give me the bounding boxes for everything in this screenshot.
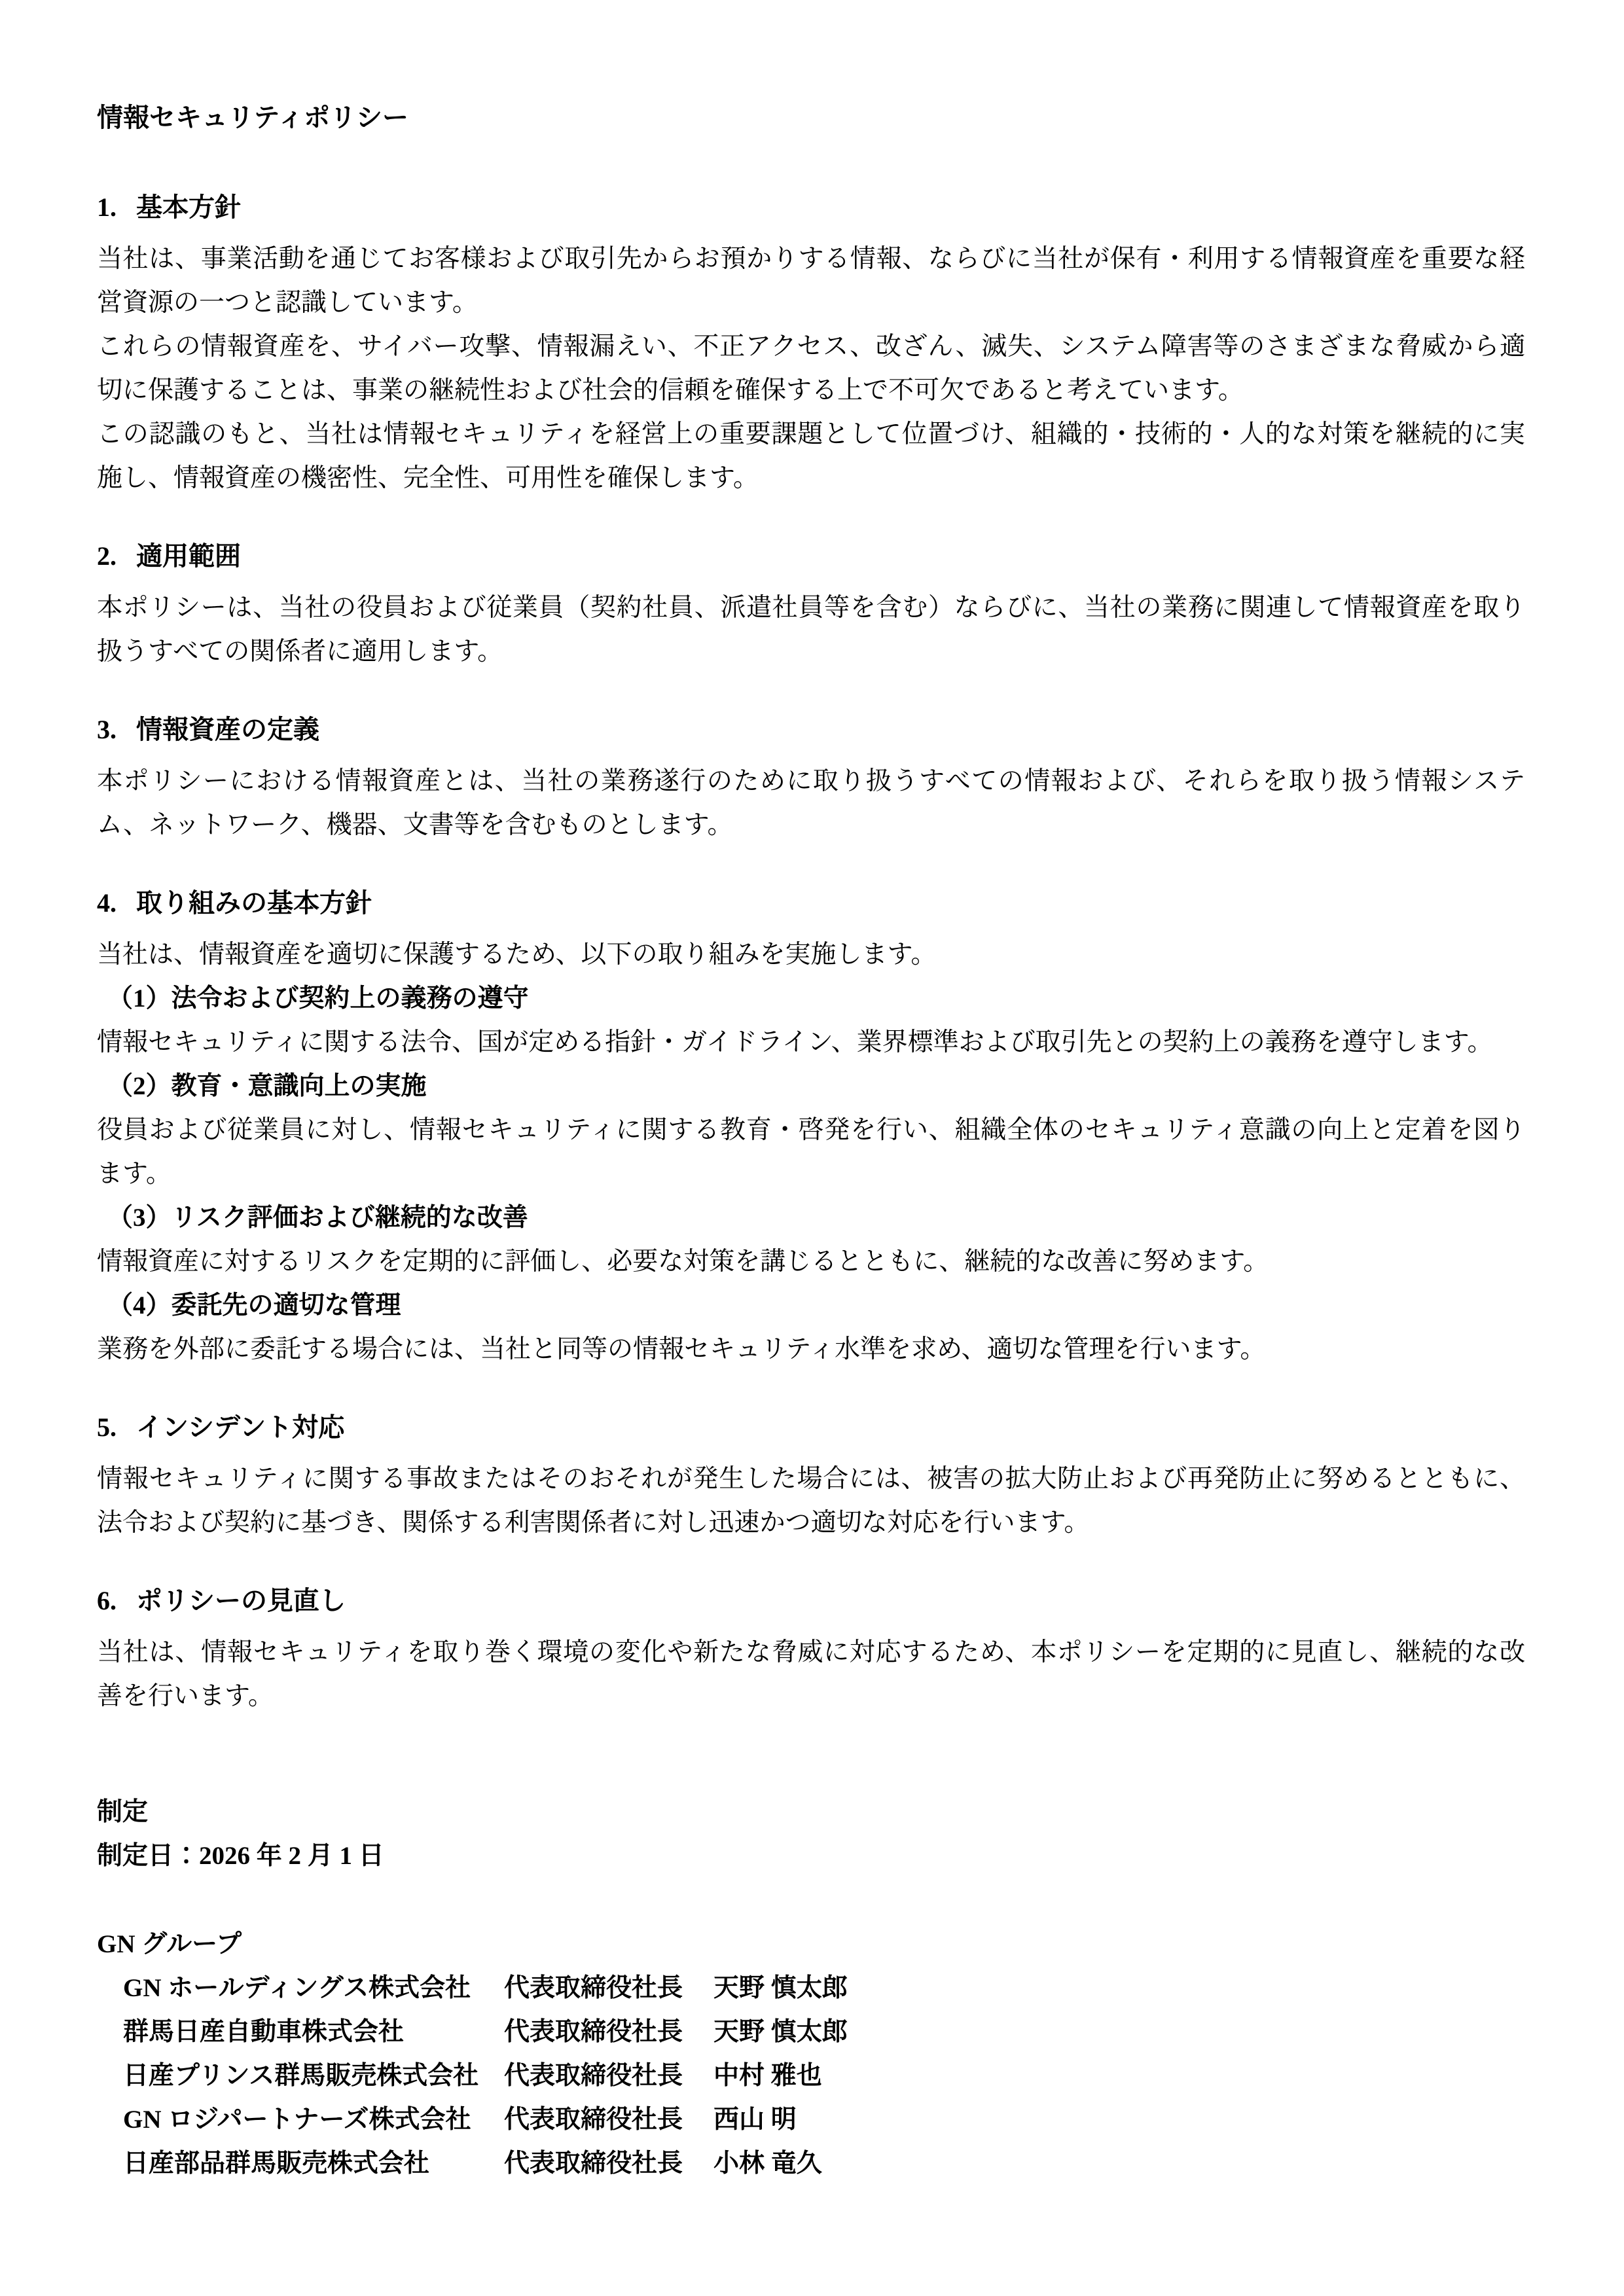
- paragraph: 当社は、情報資産を適切に保護するため、以下の取り組みを実施します。: [97, 933, 1525, 977]
- section-4-body: 当社は、情報資産を適切に保護するため、以下の取り組みを実施します。 （1）法令お…: [97, 933, 1525, 1371]
- representative-title: 代表取締役社長: [504, 2142, 713, 2185]
- subsection-heading-text: 法令および契約上の義務の遵守: [171, 984, 529, 1013]
- text-line: ます。: [97, 1152, 1525, 1196]
- representative-title: 代表取締役社長: [504, 1966, 713, 2010]
- subsection-number: （4）: [107, 1291, 171, 1319]
- text-line: 扱うすべての関係者に適用します。: [97, 630, 1525, 673]
- text-line: 当社は、情報セキュリティを取り巻く環境の変化や新たな脅威に対応するため、本ポリシ…: [97, 1630, 1525, 1674]
- section-1-body: 当社は、事業活動を通じてお客様および取引先からお預かりする情報、ならびに当社が保…: [97, 237, 1525, 500]
- text-line: 情報セキュリティに関する法令、国が定める指針・ガイドライン、業界標準および取引先…: [97, 1020, 1525, 1064]
- company-row: GN ロジパートナーズ株式会社 代表取締役社長 西山 明: [97, 2098, 1525, 2142]
- text-line: 営資源の一つと認識しています。: [97, 281, 1525, 325]
- section-scope: 2.適用範囲 本ポリシーは、当社の役員および従業員（契約社員、派遣社員等を含む）…: [97, 534, 1525, 673]
- text-line: 本ポリシーは、当社の役員および従業員（契約社員、派遣社員等を含む）ならびに、当社…: [97, 586, 1525, 630]
- subsection-4-heading: （4）委託先の適切な管理: [107, 1283, 1525, 1327]
- subsection-number: （3）: [107, 1204, 171, 1232]
- document-title: 情報セキュリティポリシー: [97, 96, 1525, 139]
- subsection-heading-text: リスク評価および継続的な改善: [171, 1204, 528, 1232]
- section-heading-text: 情報資産の定義: [136, 715, 319, 744]
- representative-title: 代表取締役社長: [504, 2098, 713, 2142]
- company-name: GN ロジパートナーズ株式会社: [123, 2098, 504, 2142]
- paragraph: 業務を外部に委託する場合には、当社と同等の情報セキュリティ水準を求め、適切な管理…: [97, 1327, 1525, 1371]
- section-heading-text: 適用範囲: [136, 541, 241, 571]
- representative-title: 代表取締役社長: [504, 2010, 713, 2054]
- section-5-heading: 5.インシデント対応: [97, 1405, 1525, 1449]
- paragraph: 当社は、情報セキュリティを取り巻く環境の変化や新たな脅威に対応するため、本ポリシ…: [97, 1630, 1525, 1718]
- text-line: 当社は、情報資産を適切に保護するため、以下の取り組みを実施します。: [97, 933, 1525, 977]
- subsection-heading-text: 教育・意識向上の実施: [171, 1072, 427, 1100]
- company-name: 群馬日産自動車株式会社: [123, 2010, 504, 2054]
- section-number: 2.: [97, 534, 117, 578]
- section-number: 3.: [97, 708, 117, 751]
- enactment-date: 制定日：2026 年 2 月 1 日: [97, 1834, 1525, 1878]
- text-line: 業務を外部に委託する場合には、当社と同等の情報セキュリティ水準を求め、適切な管理…: [97, 1327, 1525, 1371]
- enactment-block: 制定 制定日：2026 年 2 月 1 日: [97, 1790, 1525, 1878]
- representative-name: 天野 慎太郎: [713, 2010, 1525, 2054]
- representative-name: 小林 竜久: [713, 2142, 1525, 2185]
- section-initiatives: 4.取り組みの基本方針 当社は、情報資産を適切に保護するため、以下の取り組みを実…: [97, 881, 1525, 1371]
- company-name: 日産部品群馬販売株式会社: [123, 2142, 504, 2185]
- section-incident-response: 5.インシデント対応 情報セキュリティに関する事故またはそのおそれが発生した場合…: [97, 1405, 1525, 1545]
- subsection-number: （1）: [107, 984, 171, 1013]
- section-number: 6.: [97, 1579, 117, 1623]
- paragraph: 情報セキュリティに関する事故またはそのおそれが発生した場合には、被害の拡大防止お…: [97, 1457, 1525, 1545]
- text-line: 本ポリシーにおける情報資産とは、当社の業務遂行のために取り扱うすべての情報および…: [97, 759, 1525, 803]
- paragraph: この認識のもと、当社は情報セキュリティを経営上の重要課題として位置づけ、組織的・…: [97, 412, 1525, 500]
- company-name: GN ホールディングス株式会社: [123, 1966, 504, 2010]
- text-line: ム、ネットワーク、機器、文書等を含むものとします。: [97, 803, 1525, 847]
- section-asset-definition: 3.情報資産の定義 本ポリシーにおける情報資産とは、当社の業務遂行のために取り扱…: [97, 708, 1525, 847]
- section-number: 4.: [97, 881, 117, 925]
- company-row: 日産プリンス群馬販売株式会社 代表取締役社長 中村 雅也: [97, 2054, 1525, 2098]
- text-line: 善を行います。: [97, 1674, 1525, 1718]
- representative-name: 中村 雅也: [713, 2054, 1525, 2098]
- company-row: 群馬日産自動車株式会社 代表取締役社長 天野 慎太郎: [97, 2010, 1525, 2054]
- paragraph: 情報資産に対するリスクを定期的に評価し、必要な対策を講じるとともに、継続的な改善…: [97, 1240, 1525, 1283]
- section-3-heading: 3.情報資産の定義: [97, 708, 1525, 751]
- section-1-heading: 1.基本方針: [97, 185, 1525, 229]
- paragraph: 本ポリシーは、当社の役員および従業員（契約社員、派遣社員等を含む）ならびに、当社…: [97, 586, 1525, 673]
- representative-name: 天野 慎太郎: [713, 1966, 1525, 2010]
- text-line: この認識のもと、当社は情報セキュリティを経営上の重要課題として位置づけ、組織的・…: [97, 412, 1525, 456]
- section-number: 1.: [97, 185, 117, 229]
- representative-name: 西山 明: [713, 2098, 1525, 2142]
- subsection-3-heading: （3）リスク評価および継続的な改善: [107, 1196, 1525, 1240]
- group-signature-block: GN グループ GN ホールディングス株式会社 代表取締役社長 天野 慎太郎 群…: [97, 1922, 1525, 2185]
- paragraph: 本ポリシーにおける情報資産とは、当社の業務遂行のために取り扱うすべての情報および…: [97, 759, 1525, 847]
- section-basic-policy: 1.基本方針 当社は、事業活動を通じてお客様および取引先からお預かりする情報、な…: [97, 185, 1525, 500]
- text-line: 切に保護することは、事業の継続性および社会的信頼を確保する上で不可欠であると考え…: [97, 368, 1525, 412]
- section-2-body: 本ポリシーは、当社の役員および従業員（契約社員、派遣社員等を含む）ならびに、当社…: [97, 586, 1525, 673]
- section-2-heading: 2.適用範囲: [97, 534, 1525, 578]
- paragraph: 役員および従業員に対し、情報セキュリティに関する教育・啓発を行い、組織全体のセキ…: [97, 1108, 1525, 1196]
- company-row: 日産部品群馬販売株式会社 代表取締役社長 小林 竜久: [97, 2142, 1525, 2185]
- text-line: 施し、情報資産の機密性、完全性、可用性を確保します。: [97, 456, 1525, 500]
- company-row: GN ホールディングス株式会社 代表取締役社長 天野 慎太郎: [97, 1966, 1525, 2010]
- section-6-body: 当社は、情報セキュリティを取り巻く環境の変化や新たな脅威に対応するため、本ポリシ…: [97, 1630, 1525, 1718]
- section-heading-text: インシデント対応: [136, 1412, 344, 1442]
- subsection-1-heading: （1）法令および契約上の義務の遵守: [107, 977, 1525, 1020]
- section-heading-text: ポリシーの見直し: [136, 1586, 346, 1615]
- section-policy-review: 6.ポリシーの見直し 当社は、情報セキュリティを取り巻く環境の変化や新たな脅威に…: [97, 1579, 1525, 1718]
- text-line: 法令および契約に基づき、関係する利害関係者に対し迅速かつ適切な対応を行います。: [97, 1501, 1525, 1545]
- text-line: 情報セキュリティに関する事故またはそのおそれが発生した場合には、被害の拡大防止お…: [97, 1457, 1525, 1501]
- group-name: GN グループ: [97, 1922, 1525, 1966]
- company-name: 日産プリンス群馬販売株式会社: [123, 2054, 504, 2098]
- paragraph: 当社は、事業活動を通じてお客様および取引先からお預かりする情報、ならびに当社が保…: [97, 237, 1525, 325]
- paragraph: これらの情報資産を、サイバー攻撃、情報漏えい、不正アクセス、改ざん、滅失、システ…: [97, 325, 1525, 412]
- text-line: 当社は、事業活動を通じてお客様および取引先からお預かりする情報、ならびに当社が保…: [97, 237, 1525, 281]
- text-line: 役員および従業員に対し、情報セキュリティに関する教育・啓発を行い、組織全体のセキ…: [97, 1108, 1525, 1152]
- section-3-body: 本ポリシーにおける情報資産とは、当社の業務遂行のために取り扱うすべての情報および…: [97, 759, 1525, 847]
- paragraph: 情報セキュリティに関する法令、国が定める指針・ガイドライン、業界標準および取引先…: [97, 1020, 1525, 1064]
- text-line: これらの情報資産を、サイバー攻撃、情報漏えい、不正アクセス、改ざん、滅失、システ…: [97, 325, 1525, 368]
- enactment-label: 制定: [97, 1790, 1525, 1834]
- section-5-body: 情報セキュリティに関する事故またはそのおそれが発生した場合には、被害の拡大防止お…: [97, 1457, 1525, 1545]
- section-heading-text: 基本方針: [136, 192, 241, 222]
- text-line: 情報資産に対するリスクを定期的に評価し、必要な対策を講じるとともに、継続的な改善…: [97, 1240, 1525, 1283]
- policy-document-page: 情報セキュリティポリシー 1.基本方針 当社は、事業活動を通じてお客様および取引…: [0, 0, 1624, 2296]
- representative-title: 代表取締役社長: [504, 2054, 713, 2098]
- section-6-heading: 6.ポリシーの見直し: [97, 1579, 1525, 1623]
- subsection-heading-text: 委託先の適切な管理: [171, 1291, 401, 1319]
- subsection-2-heading: （2）教育・意識向上の実施: [107, 1064, 1525, 1108]
- section-number: 5.: [97, 1405, 117, 1449]
- section-4-heading: 4.取り組みの基本方針: [97, 881, 1525, 925]
- subsection-number: （2）: [107, 1072, 171, 1100]
- section-heading-text: 取り組みの基本方針: [136, 888, 372, 918]
